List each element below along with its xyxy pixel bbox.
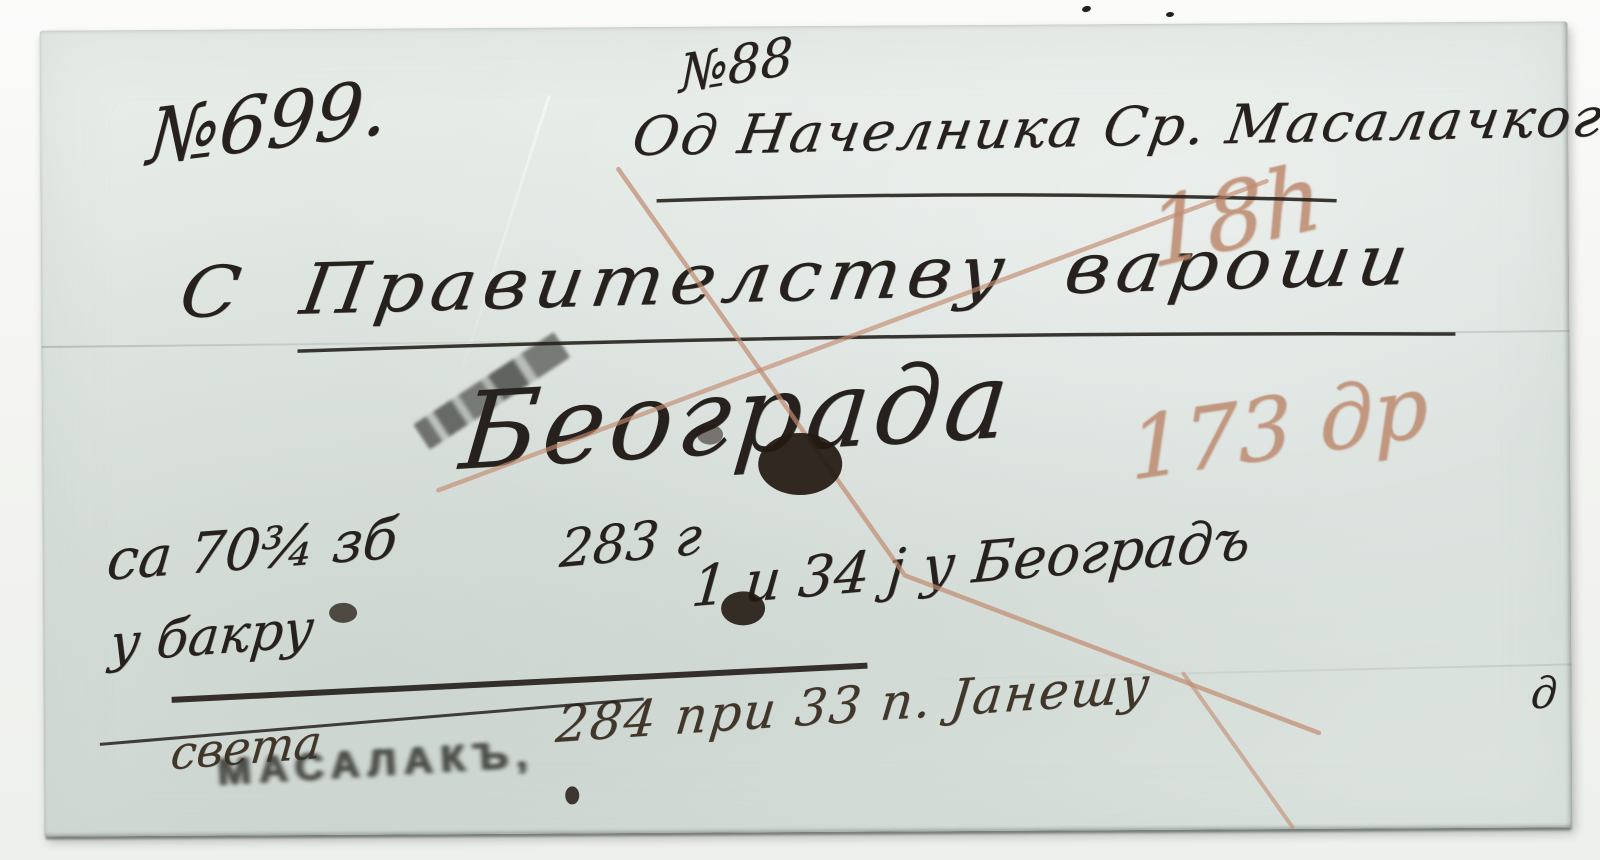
ink-dot-bottom [565, 786, 579, 804]
note-total: 1 и 34 ј у Београдъ [689, 507, 1253, 620]
note-sum: 284 при 33 п. Јанешу [553, 655, 1154, 754]
crayon-rate-lower: 173 др [1128, 356, 1430, 500]
letter-cover-paper: №88 №699. Од Начелника Ср. Масалачкогъ С… [40, 21, 1573, 836]
note-currency: у бакру [107, 599, 316, 675]
corner-letter: д [1530, 667, 1558, 719]
addressee-line: Од Начелника Ср. Масалачкогъ [628, 85, 1600, 168]
note-weight: са 70¾ зб [104, 506, 400, 594]
note-amount: 283 г [558, 506, 704, 580]
fold-crease-horizontal [41, 330, 1569, 348]
red-crayon-stroke-corner [1184, 673, 1293, 828]
sender-docket-number: №699. [145, 61, 392, 183]
ink-blot-left [329, 603, 357, 623]
docket-number-top: №88 [679, 26, 794, 106]
